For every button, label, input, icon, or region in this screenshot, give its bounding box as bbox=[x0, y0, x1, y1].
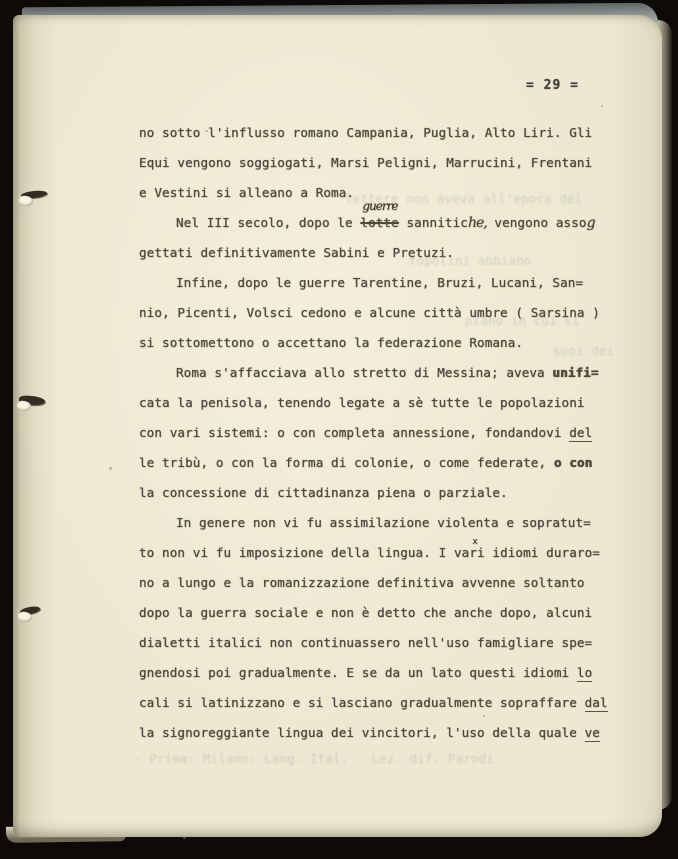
bleed-through-text: - Prima: Milano: Lang. Ital. - Lez. dif.… bbox=[134, 751, 494, 766]
typed-text: o con bbox=[554, 455, 592, 470]
typed-line: no sotto l'influsso romano Campania, Pug… bbox=[139, 118, 629, 148]
typed-line: nio, Picenti, Volsci cedono e alcune cit… bbox=[139, 298, 629, 328]
typed-line: gettati definitivamente Sabini e Pretuzi… bbox=[139, 238, 629, 268]
typed-text: Infine, dopo le guerre Tarentine, Bruzi,… bbox=[176, 275, 583, 290]
typed-text: lo bbox=[577, 665, 592, 682]
typed-text: cata la penisola, tenendo legate a sè tu… bbox=[139, 395, 585, 410]
paper-speck bbox=[205, 130, 208, 132]
typed-text: ve bbox=[585, 725, 600, 742]
typed-line: cali si latinizzano e si lasciano gradua… bbox=[139, 688, 629, 718]
typed-text: Nel III secolo, dopo le bbox=[176, 215, 360, 230]
typed-line: to non vi fu imposizione della lingua. I… bbox=[139, 538, 629, 568]
typed-text: dopo la guerra sociale e non è detto che… bbox=[139, 605, 592, 620]
typed-line: cata la penisola, tenendo legate a sè tu… bbox=[139, 388, 629, 418]
typed-line: dialetti italici non continuassero nell'… bbox=[139, 628, 629, 658]
typed-line: con vari sistemi: o con completa annessi… bbox=[139, 418, 629, 448]
typed-text: to non vi fu imposizione della lingua. I bbox=[139, 545, 454, 560]
typed-text: la concessione di cittadinanza piena o p… bbox=[139, 485, 508, 500]
typed-line: le tribù, o con la forma di colonie, o c… bbox=[139, 448, 629, 478]
typed-line: Infine, dopo le guerre Tarentine, Bruzi,… bbox=[139, 268, 629, 298]
typed-line: si sottomettono o accettano la federazio… bbox=[139, 328, 629, 358]
typed-line: gnendosi poi gradualmente. E se da un la… bbox=[139, 658, 629, 688]
typed-text: gettati definitivamente Sabini e Pretuzi… bbox=[139, 245, 454, 260]
paper-speck bbox=[183, 837, 186, 839]
typed-text: lotteguerre bbox=[360, 215, 398, 230]
typed-text: unifi= bbox=[552, 365, 598, 380]
paper-speck bbox=[601, 105, 603, 107]
typed-text: e Vestini si alleano a Roma. bbox=[139, 185, 354, 200]
typed-text: Equi vengono soggiogati, Marsi Peligni, … bbox=[139, 155, 592, 170]
handwritten-note: x bbox=[472, 536, 476, 548]
typed-text: la signoreggiante lingua dei vincitori, … bbox=[139, 725, 585, 740]
typed-text: idiomi duraro= bbox=[485, 545, 600, 560]
typed-text: del bbox=[569, 425, 592, 442]
handwritten-text: g bbox=[587, 215, 595, 231]
page-number: = 29 = bbox=[526, 78, 579, 93]
typed-text: con vari sistemi: o con completa annessi… bbox=[139, 425, 569, 440]
typed-line: dopo la guerra sociale e non è detto che… bbox=[139, 598, 629, 628]
page-surface: = 29 = no sotto l'influsso romano Campan… bbox=[13, 15, 662, 837]
handwritten-text: he, bbox=[468, 215, 487, 231]
typed-line: Equi vengono soggiogati, Marsi Peligni, … bbox=[139, 148, 629, 178]
typed-line: no a lungo e la romanizzazione definitiv… bbox=[139, 568, 629, 598]
typed-text: dialetti italici non continuassero nell'… bbox=[139, 635, 592, 650]
typed-line: Nel III secolo, dopo le lotteguerre sann… bbox=[139, 208, 629, 238]
scanned-typescript-photo: { "colors": { "paper": "#ece7d0", "ink":… bbox=[0, 0, 678, 859]
typed-text: Roma s'affacciava allo stretto di Messin… bbox=[176, 365, 552, 380]
typed-text: dal bbox=[585, 695, 608, 712]
typed-text: si sottomettono o accettano la federazio… bbox=[139, 335, 523, 350]
typed-text: le tribù, o con la forma di colonie, o c… bbox=[139, 455, 554, 470]
typed-line: la signoreggiante lingua dei vincitori, … bbox=[139, 718, 629, 748]
typed-text: gnendosi poi gradualmente. E se da un la… bbox=[139, 665, 577, 680]
paper-speck bbox=[483, 715, 485, 717]
typed-lines: no sotto l'influsso romano Campania, Pug… bbox=[139, 118, 629, 748]
typed-text: In genere non vi fu assimilazione violen… bbox=[176, 515, 591, 530]
typed-text: no sotto l'influsso romano Campania, Pug… bbox=[139, 125, 592, 140]
typed-line: In genere non vi fu assimilazione violen… bbox=[139, 508, 629, 538]
paper-speck bbox=[109, 467, 112, 470]
typescript-page: = 29 = no sotto l'influsso romano Campan… bbox=[13, 15, 662, 837]
typed-text: nio, Picenti, Volsci cedono e alcune cit… bbox=[139, 305, 600, 320]
typed-line: la concessione di cittadinanza piena o p… bbox=[139, 478, 629, 508]
typed-text: vengono asso bbox=[487, 215, 587, 230]
typed-text: cali si latinizzano e si lasciano gradua… bbox=[139, 695, 585, 710]
typed-text: no a lungo e la romanizzazione definitiv… bbox=[139, 575, 585, 590]
handwritten-note: guerre bbox=[362, 200, 397, 212]
typed-text: varix bbox=[454, 545, 485, 560]
typed-text: sannitic bbox=[399, 215, 468, 230]
typed-line: Roma s'affacciava allo stretto di Messin… bbox=[139, 358, 629, 388]
